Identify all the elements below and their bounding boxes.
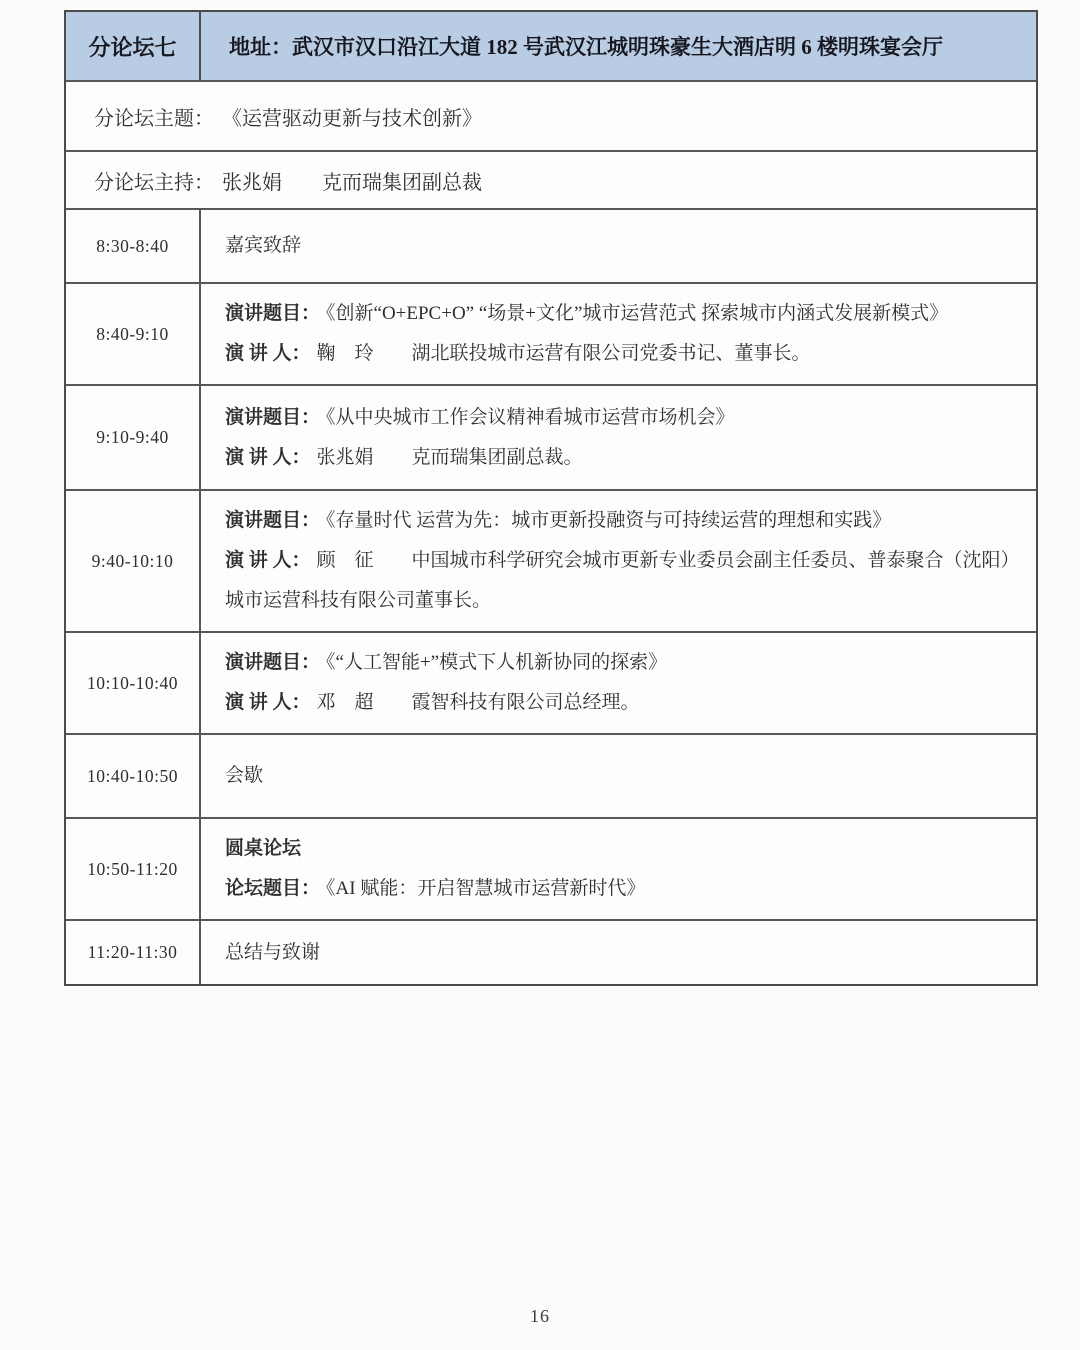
line-label: 演 讲 人： (225, 447, 311, 468)
line-text: 嘉宾致辞 (225, 235, 301, 256)
line-text: 鞠 玲 湖北联投城市运营有限公司党委书记、董事长。 (317, 343, 811, 364)
session-line: 圆桌论坛 (225, 829, 1020, 869)
session-cell: 演讲题目：《创新“O+EPC+O” “场景+文化”城市运营范式 探索城市内涵式发… (201, 284, 1036, 384)
line-label: 演讲题目： (225, 652, 320, 673)
forum-topic-value: 《运营驱动更新与技术创新》 (222, 102, 482, 131)
forum-host-value: 张兆娟 克而瑞集团副总裁 (222, 166, 482, 195)
time-range: 8:40-9:10 (96, 324, 169, 345)
time-cell: 10:50-11:20 (66, 819, 201, 919)
time-range: 11:20-11:30 (88, 942, 178, 963)
line-label: 演 讲 人： (225, 343, 311, 364)
time-cell: 9:10-9:40 (66, 386, 201, 489)
session-cell: 嘉宾致辞 (201, 210, 1036, 282)
session-line: 演讲题目：《创新“O+EPC+O” “场景+文化”城市运营范式 探索城市内涵式发… (225, 294, 1020, 334)
line-text: 《创新“O+EPC+O” “场景+文化”城市运营范式 探索城市内涵式发展新模式》 (326, 303, 948, 324)
line-label: 圆桌论坛 (225, 838, 301, 859)
line-text: 张兆娟 克而瑞集团副总裁。 (317, 447, 583, 468)
schedule-row: 11:20-11:30 总结与致谢 (66, 919, 1036, 984)
line-text: 城市运营科技有限公司董事长。 (225, 590, 491, 611)
time-range: 9:10-9:40 (96, 427, 169, 448)
session-line: 演讲题目：《从中央城市工作会议精神看城市运营市场机会》 (225, 398, 1020, 438)
address-cell: 地址：武汉市汉口沿江大道 182 号武汉江城明珠豪生大酒店明 6 楼明珠宴会厅 (201, 12, 1036, 80)
time-cell: 10:40-10:50 (66, 735, 201, 817)
forum-host-row: 分论坛主持： 张兆娟 克而瑞集团副总裁 (66, 150, 1036, 208)
time-cell: 10:10-10:40 (66, 633, 201, 733)
session-line: 演讲题目：《存量时代 运营为先：城市更新投融资与可持续运营的理想和实践》 (225, 501, 1020, 541)
line-label: 演讲题目： (225, 407, 320, 428)
line-text: 总结与致谢 (225, 942, 320, 963)
forum-host-label: 分论坛主持： (94, 166, 214, 195)
session-line: 演 讲 人：张兆娟 克而瑞集团副总裁。 (225, 438, 1020, 478)
table-header-row: 分论坛七 地址：武汉市汉口沿江大道 182 号武汉江城明珠豪生大酒店明 6 楼明… (66, 12, 1036, 80)
schedule-row: 8:30-8:40 嘉宾致辞 (66, 208, 1036, 282)
schedule-row: 9:10-9:40 演讲题目：《从中央城市工作会议精神看城市运营市场机会》 演 … (66, 384, 1036, 489)
schedule-row: 8:40-9:10 演讲题目：《创新“O+EPC+O” “场景+文化”城市运营范… (66, 282, 1036, 384)
line-text: 《“人工智能+”模式下人机新协同的探索》 (326, 652, 667, 673)
time-range: 10:40-10:50 (87, 766, 178, 787)
time-range: 10:50-11:20 (87, 859, 177, 880)
line-text: 会歇 (225, 765, 263, 786)
time-cell: 9:40-10:10 (66, 491, 201, 631)
session-cell: 圆桌论坛 论坛题目：《AI 赋能：开启智慧城市运营新时代》 (201, 819, 1036, 919)
line-label: 演 讲 人： (225, 692, 311, 713)
session-cell: 演讲题目：《“人工智能+”模式下人机新协同的探索》 演 讲 人：邓 超 霞智科技… (201, 633, 1036, 733)
agenda-table: 分论坛七 地址：武汉市汉口沿江大道 182 号武汉江城明珠豪生大酒店明 6 楼明… (64, 10, 1038, 986)
line-text: 《存量时代 运营为先：城市更新投融资与可持续运营的理想和实践》 (326, 510, 891, 531)
line-label: 论坛题目： (225, 878, 320, 899)
forum-label: 分论坛七 (88, 31, 176, 62)
session-line: 演 讲 人：顾 征 中国城市科学研究会城市更新专业委员会副主任委员、普泰聚合（沈… (225, 541, 1020, 581)
session-line: 嘉宾致辞 (225, 226, 1020, 266)
session-line: 论坛题目：《AI 赋能：开启智慧城市运营新时代》 (225, 869, 1020, 909)
forum-topic-label: 分论坛主题： (94, 102, 214, 131)
time-range: 10:10-10:40 (87, 673, 178, 694)
time-cell: 8:40-9:10 (66, 284, 201, 384)
session-line: 总结与致谢 (225, 933, 1020, 973)
session-cell: 演讲题目：《从中央城市工作会议精神看城市运营市场机会》 演 讲 人：张兆娟 克而… (201, 386, 1036, 489)
session-line: 演讲题目：《“人工智能+”模式下人机新协同的探索》 (225, 643, 1020, 683)
time-range: 8:30-8:40 (96, 236, 169, 257)
session-line: 城市运营科技有限公司董事长。 (225, 581, 1020, 621)
line-text: 《从中央城市工作会议精神看城市运营市场机会》 (326, 407, 735, 428)
line-label: 演 讲 人： (225, 550, 311, 571)
line-label: 演讲题目： (225, 303, 320, 324)
line-label: 演讲题目： (225, 510, 320, 531)
session-line: 演 讲 人：邓 超 霞智科技有限公司总经理。 (225, 683, 1020, 723)
schedule-row: 10:40-10:50 会歇 (66, 733, 1036, 817)
schedule-row: 10:10-10:40 演讲题目：《“人工智能+”模式下人机新协同的探索》 演 … (66, 631, 1036, 733)
schedule-row: 10:50-11:20 圆桌论坛 论坛题目：《AI 赋能：开启智慧城市运营新时代… (66, 817, 1036, 919)
address-text: 地址：武汉市汉口沿江大道 182 号武汉江城明珠豪生大酒店明 6 楼明珠宴会厅 (229, 31, 1020, 61)
session-cell: 演讲题目：《存量时代 运营为先：城市更新投融资与可持续运营的理想和实践》 演 讲… (201, 491, 1036, 631)
time-range: 9:40-10:10 (92, 551, 174, 572)
forum-topic-row: 分论坛主题： 《运营驱动更新与技术创新》 (66, 80, 1036, 150)
session-cell: 总结与致谢 (201, 921, 1036, 984)
line-text: 邓 超 霞智科技有限公司总经理。 (317, 692, 640, 713)
time-cell: 8:30-8:40 (66, 210, 201, 282)
forum-label-cell: 分论坛七 (66, 12, 201, 80)
schedule-row: 9:40-10:10 演讲题目：《存量时代 运营为先：城市更新投融资与可持续运营… (66, 489, 1036, 631)
line-text: 顾 征 中国城市科学研究会城市更新专业委员会副主任委员、普泰聚合（沈阳） (317, 550, 1020, 571)
time-cell: 11:20-11:30 (66, 921, 201, 984)
session-cell: 会歇 (201, 735, 1036, 817)
session-line: 会歇 (225, 756, 1020, 796)
line-text: 《AI 赋能：开启智慧城市运营新时代》 (326, 878, 645, 899)
session-line: 演 讲 人：鞠 玲 湖北联投城市运营有限公司党委书记、董事长。 (225, 334, 1020, 374)
page-number: 16 (0, 1306, 1080, 1327)
